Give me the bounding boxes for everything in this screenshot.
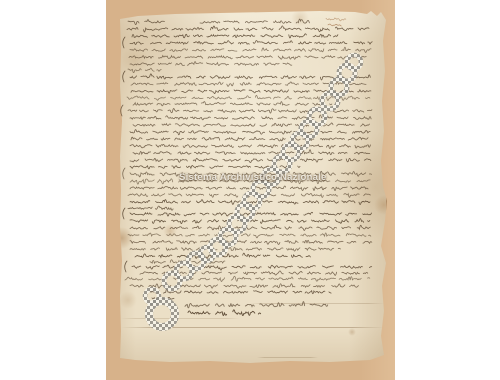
paper-stain xyxy=(291,9,309,27)
paper-stain xyxy=(121,46,149,74)
fold-crease xyxy=(257,357,318,358)
paper-stain xyxy=(119,291,137,309)
paper-stain xyxy=(163,224,177,238)
archive-watermark-text: Sistema Archivistico Nazionale xyxy=(179,172,327,183)
fold-crease xyxy=(121,318,240,319)
fold-crease xyxy=(250,303,384,304)
manuscript-page xyxy=(120,11,386,363)
scanned-manuscript-viewer: Sistema Archivistico Nazionale xyxy=(0,0,500,380)
paper-stain xyxy=(348,328,356,336)
fold-crease xyxy=(121,327,384,328)
